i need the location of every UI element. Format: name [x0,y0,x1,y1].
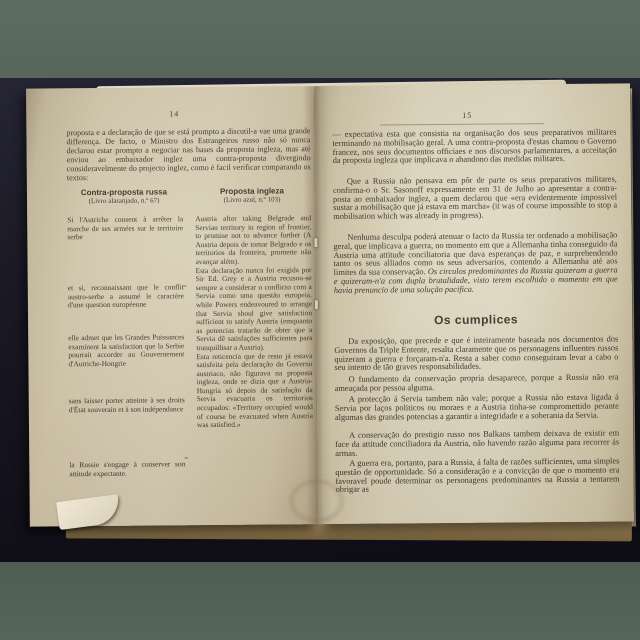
frame-top-band [0,0,640,78]
russian-clause: Si l'Autriche consent à arrêter la march… [67,215,183,242]
english-clause: Esta declaração nunca foi exigida por Si… [196,266,313,353]
paragraph: O fundamento da conservação propria desa… [335,373,619,393]
gutter-mark: = [183,282,187,290]
column-subtitle-english: (Livro azul, n.º 103) [191,195,313,204]
intro-paragraph: proposta e a declaração de que se está p… [66,126,310,182]
staple-bottom [315,300,318,309]
paragraph: Da exposição, que precede e que é inteir… [334,335,618,373]
russian-column-header: Contra-proposta russa (Livro alaranjado,… [63,187,185,205]
crease-line [380,123,544,125]
right-page: 15 — expectativa esta que consistia na o… [314,83,634,524]
paragraph: A protecção á Servia tambem não vale; po… [335,393,619,422]
russian-clause: sans laisser porter atteinte à ses droit… [69,396,185,414]
left-page: 14 proposta e a declaração de que se est… [26,86,318,526]
paragraph: Que a Russia não pensava em pôr de parte… [333,175,617,221]
page-number-right: 15 [434,111,500,121]
open-booklet: 14 proposta e a declaração de que se est… [26,83,634,540]
english-column: Austria after taking Belgrade and Servia… [195,214,313,430]
column-subtitle-russian: (Livro alaranjado, n.º 67) [63,196,185,205]
russian-clause: elle admet que les Grandes Puissances ex… [68,333,184,368]
book-photo: 14 proposta e a declaração de que se est… [0,78,640,562]
paragraph: Nenhuma desculpa poderá atenuar o facto … [333,231,618,295]
english-clause: Austria after taking Belgrade and Servia… [195,214,311,267]
russian-clause: et si, reconnaissant que le conflit aust… [68,283,184,310]
page-number-left: 14 [144,109,204,119]
paragraph: A guerra era, portanto, para a Russia, á… [335,457,619,495]
paragraph: A conservação do prestigio russo nos Bal… [335,429,619,458]
staple-top [314,238,317,247]
english-column-header: Proposta ingleza (Livro azul, n.º 103) [191,186,313,204]
frame-bottom-band [0,562,640,640]
paragraph: — expectativa esta que consistia na orga… [332,128,616,166]
english-clause: Esta reticencia que de resto já estava s… [196,352,313,430]
photo-frame: 14 proposta e a declaração de que se est… [0,0,640,640]
gutter-mark: = [184,454,188,462]
section-heading: Os cumplices [334,311,618,327]
russian-clause: la Russie s'engage à conserver son attit… [69,460,185,478]
